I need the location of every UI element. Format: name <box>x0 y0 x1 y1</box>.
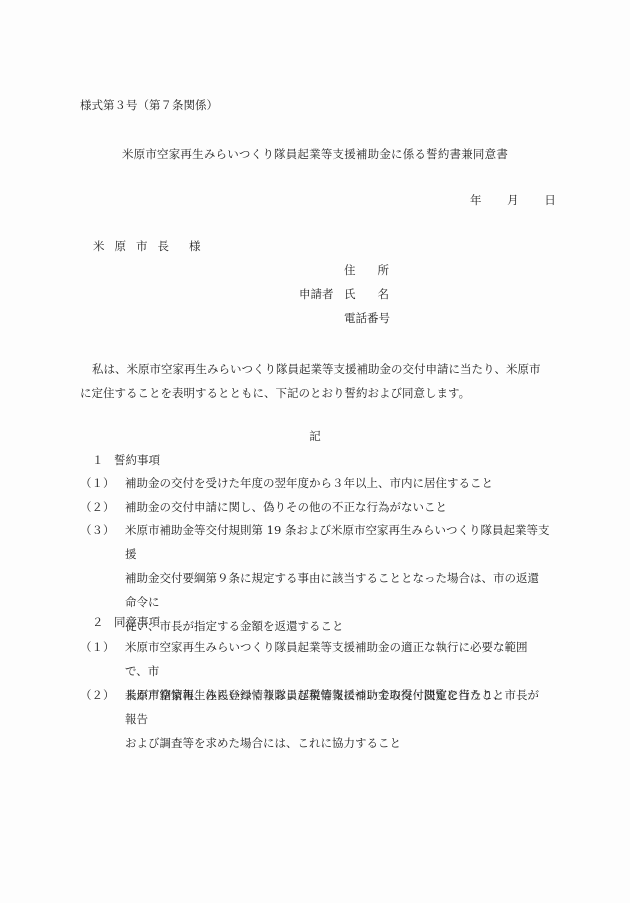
section-title: 同意事項 <box>114 615 160 629</box>
field-label-part: 住 <box>344 262 356 278</box>
item-line: および調査等を求めた場合には、これに協力すること <box>80 731 550 755</box>
item-number: （２） <box>80 683 115 707</box>
date-year: 年 <box>470 192 482 208</box>
list-item: （２） 米原市空家再生みらいつくり隊員起業等支援補助金の交付決定に当たり、市長が… <box>80 683 550 755</box>
date-month: 月 <box>507 192 519 208</box>
applicant-label: 申請者 <box>299 286 334 302</box>
addressee: 米原市長様 <box>93 238 211 254</box>
item-line: 補助金の交付を受けた年度の翌年度から３年以上、市内に居住すること <box>80 471 550 495</box>
item-number: （３） <box>80 518 115 542</box>
addressee-honorific: 様 <box>189 239 211 253</box>
item-line: 米原市空家再生みらいつくり隊員起業等支援補助金の交付決定に当たり、市長が報告 <box>80 683 550 731</box>
form-number: 様式第３号（第７条関係） <box>80 97 218 113</box>
field-label-part: 電話番号 <box>344 310 390 326</box>
date-line: 年 月 日 <box>470 192 556 208</box>
addressee-name: 米原市長 <box>93 239 179 253</box>
section-number: ２ <box>92 614 114 630</box>
item-line: 米原市補助金等交付規則第 19 条および米原市空家再生みらいつくり隊員起業等支援 <box>80 518 550 566</box>
item-number: （２） <box>80 495 115 519</box>
item-line: 米原市空家再生みらいつくり隊員起業等支援補助金の適正な執行に必要な範囲で、市 <box>80 635 550 683</box>
item-number: （１） <box>80 471 115 495</box>
section-heading-pledge: １誓約事項 <box>92 452 160 468</box>
field-label-part: 名 <box>378 286 390 302</box>
section-number: １ <box>92 452 114 468</box>
date-day: 日 <box>544 192 556 208</box>
field-label-part: 氏 <box>344 286 356 302</box>
field-name-label: 氏 名 <box>344 286 389 302</box>
field-phone-label: 電話番号 <box>344 310 389 326</box>
list-item: （２） 補助金の交付申請に関し、偽りその他の不正な行為がないこと <box>80 495 550 519</box>
document-title: 米原市空家再生みらいつくり隊員起業等支援補助金に係る誓約書兼同意書 <box>0 146 630 162</box>
intro-paragraph: 私は、米原市空家再生みらいつくり隊員起業等支援補助金の交付申請に当たり、米原市に… <box>80 357 550 405</box>
field-label-part: 所 <box>378 262 390 278</box>
ki-heading: 記 <box>0 428 630 444</box>
section-heading-consent: ２同意事項 <box>92 614 160 630</box>
field-address-label: 住 所 <box>344 262 389 278</box>
item-number: （１） <box>80 635 115 659</box>
list-item: （１） 補助金の交付を受けた年度の翌年度から３年以上、市内に居住すること <box>80 471 550 495</box>
section-title: 誓約事項 <box>114 453 160 467</box>
item-line: 補助金の交付申請に関し、偽りその他の不正な行為がないこと <box>80 495 550 519</box>
item-line: 補助金交付要綱第９条に規定する事由に該当することとなった場合は、市の返還命令に <box>80 566 550 614</box>
